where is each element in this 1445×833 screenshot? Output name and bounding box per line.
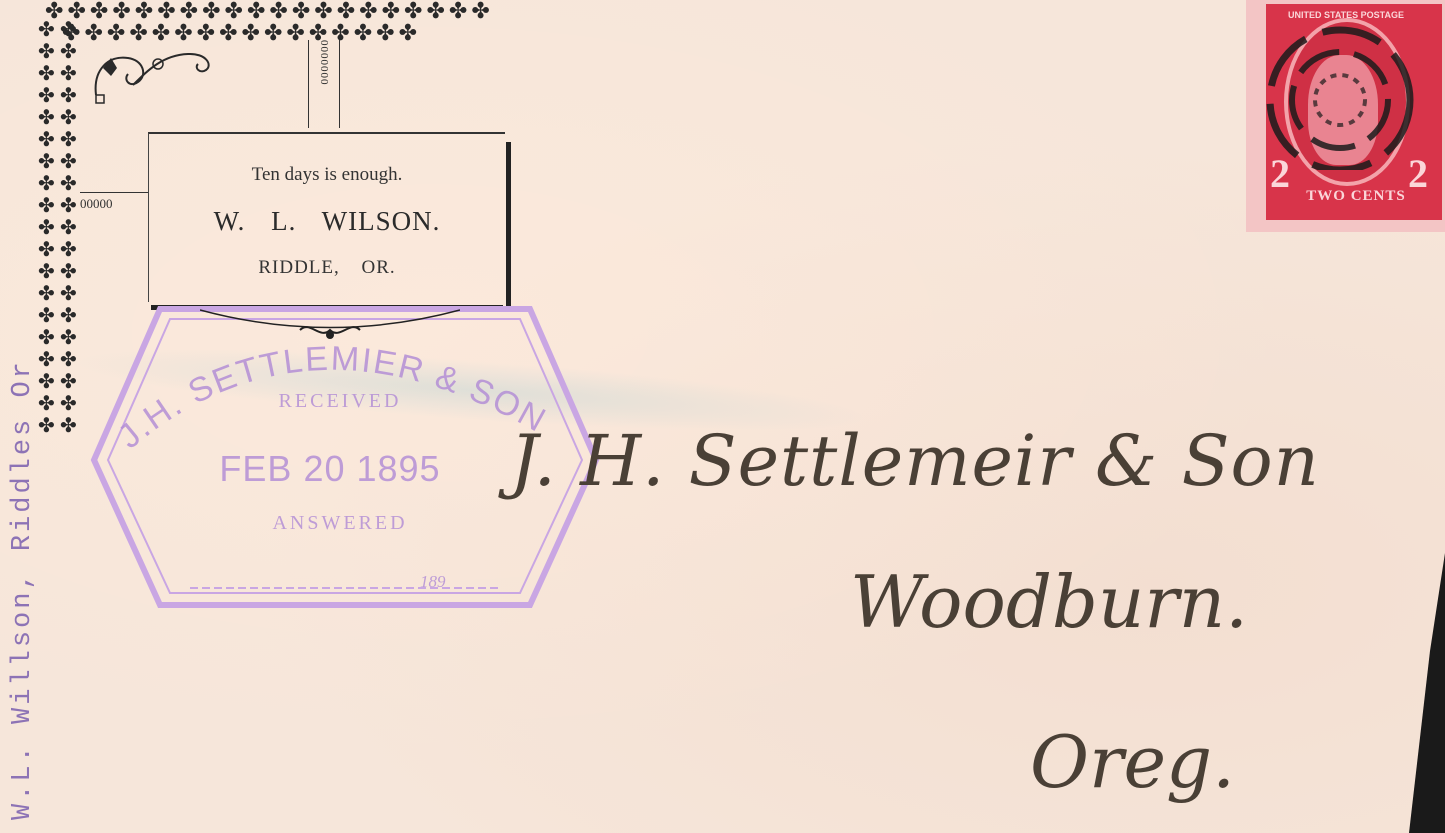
return-address-card: Ten days is enough. W. L. WILSON. RIDDLE… [148, 132, 505, 302]
card-sender-name: W. L. WILSON. [149, 206, 505, 237]
oval-chain-horizontal: 00000 [80, 192, 148, 220]
card-sender-location: RIDDLE, OR. [149, 257, 505, 279]
card-slogan: Ten days is enough. [149, 164, 505, 186]
scroll-ornament-icon [88, 40, 223, 110]
card-shadow-right [506, 142, 511, 308]
address-state: Oreg. [1030, 720, 1235, 804]
stamp-denomination: TWO CENTS [1276, 188, 1436, 205]
ornamental-border-left: ✤✤✤✤✤✤✤✤✤✤✤✤✤✤✤✤✤✤✤ [38, 20, 55, 436]
stamp-top-text: UNITED STATES POSTAGE [1286, 10, 1406, 20]
cancellation-mark-icon [1250, 20, 1430, 170]
ornamental-border-left-inner: ✤✤✤✤✤✤✤✤✤✤✤✤✤✤✤✤✤✤✤ [60, 20, 77, 436]
background-edge [1385, 553, 1445, 833]
envelope: ✤✤✤✤✤✤✤✤✤✤✤✤✤✤✤✤✤✤✤✤ ✤✤✤✤✤✤✤✤✤✤✤✤✤✤✤✤ ✤✤… [0, 0, 1445, 833]
address-city: Woodburn. [850, 560, 1248, 644]
stamp-answered-label: ANSWERED [215, 512, 465, 535]
stamp-received-date: FEB 20 1895 [210, 448, 450, 490]
ornamental-border-top: ✤✤✤✤✤✤✤✤✤✤✤✤✤✤✤✤✤✤✤✤ [45, 0, 490, 22]
stamp-year-prefix: 189 [420, 572, 446, 592]
oval-chain-vertical: 0000000 [308, 40, 340, 128]
address-recipient: J. H. Settlemeir & Son [510, 420, 1320, 502]
typed-sender-note: W.L. Willson, Riddles Or [8, 359, 38, 820]
stamp-received-label: RECEIVED [230, 390, 450, 413]
